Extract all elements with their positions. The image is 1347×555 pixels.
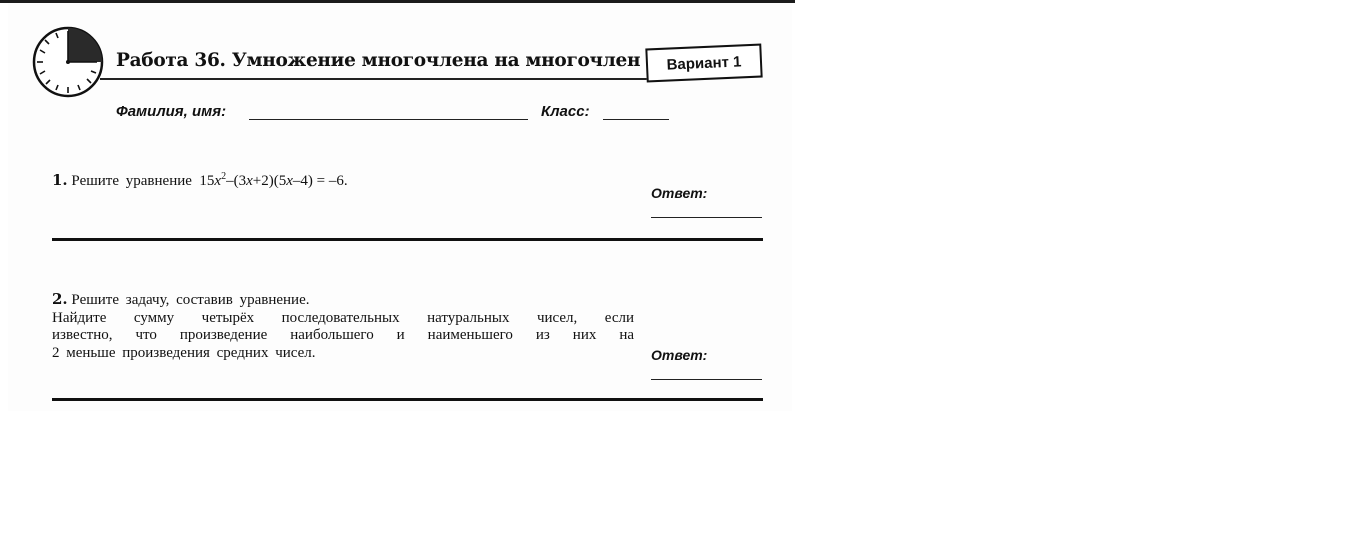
task-number: 2. bbox=[52, 290, 68, 308]
task-prompt: Решите задачу, составив уравнение. bbox=[71, 292, 309, 308]
page-title: Работа 36. Умножение многочлена на много… bbox=[116, 50, 640, 71]
answer-field-1[interactable] bbox=[651, 217, 762, 218]
equation: 15x2–(3x+2)(5x–4) = –6. bbox=[199, 173, 347, 189]
clock-icon bbox=[31, 25, 105, 99]
variant-badge: Вариант 1 bbox=[645, 43, 762, 82]
title-underline bbox=[100, 78, 648, 80]
task-1: 1. Решите уравнение 15x2–(3x+2)(5x–4) = … bbox=[52, 168, 348, 191]
name-label: Фамилия, имя: bbox=[116, 103, 226, 120]
class-label: Класс: bbox=[541, 103, 590, 120]
task-separator bbox=[52, 398, 763, 401]
task-2: 2. Решите задачу, составив уравнение. На… bbox=[52, 291, 634, 362]
task-line: 2 меньше произведения средних чисел. bbox=[52, 345, 634, 363]
class-field[interactable] bbox=[603, 119, 669, 120]
task-line: известно, что произведение наибольшего и… bbox=[52, 327, 634, 345]
task-prompt: Решите уравнение bbox=[71, 173, 191, 189]
answer-label-1: Ответ: bbox=[651, 185, 707, 201]
answer-label-2: Ответ: bbox=[651, 347, 707, 363]
task-separator bbox=[52, 238, 763, 241]
task-number: 1. bbox=[52, 171, 68, 189]
task-line: Найдите сумму четырёх последовательных н… bbox=[52, 310, 634, 328]
name-field[interactable] bbox=[249, 119, 528, 120]
answer-field-2[interactable] bbox=[651, 379, 762, 380]
